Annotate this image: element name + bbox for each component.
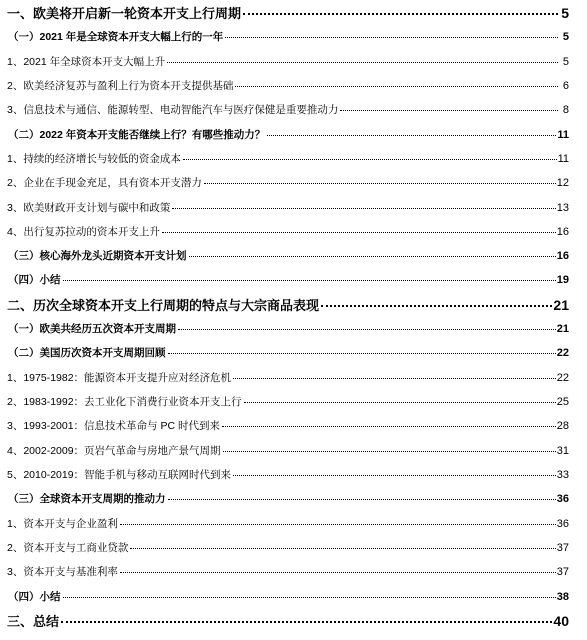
- toc-entry-chapter[interactable]: 一、欧美将开启新一轮资本开支上行周期 5: [7, 1, 569, 25]
- toc-entry-subsection[interactable]: 2、资本开支与工商业贷款 37: [7, 536, 569, 560]
- toc-entry-section[interactable]: （一）欧美共经历五次资本开支周期 21: [7, 317, 569, 341]
- toc-entry-section[interactable]: （二）2022 年资本开支能否继续上行？有哪些推动力？ 11: [7, 123, 569, 147]
- toc-entry-subsection[interactable]: 3、信息技术与通信、能源转型、电动智能汽车与医疗保健是重要推动力 8: [7, 98, 569, 122]
- toc-page-number: 11: [557, 123, 569, 147]
- toc-page-number: 16: [557, 244, 569, 268]
- toc-entry-title: （三）核心海外龙头近期资本开支计划: [8, 244, 187, 268]
- toc-entry-title: 二、历次全球资本开支上行周期的特点与大宗商品表现: [7, 294, 319, 318]
- toc-entry-title: （一）2021 年是全球资本开支大幅上行的一年: [8, 25, 223, 49]
- toc-entry-title: 2、1983-1992：去工业化下消费行业资本开支上行: [7, 390, 242, 414]
- toc-entry-subsection[interactable]: 3、欧美财政开支计划与碳中和政策 13: [7, 196, 569, 220]
- toc-entry-section[interactable]: （四）小结 38: [7, 585, 569, 609]
- toc-entry-subsection[interactable]: 2、欧美经济复苏与盈利上行为资本开支提供基础 6: [7, 74, 569, 98]
- toc-page-number: 37: [557, 536, 569, 560]
- dot-leader: [61, 611, 552, 623]
- dot-leader: [63, 270, 556, 281]
- toc-page-number: 33: [557, 463, 569, 487]
- toc-entry-title: （四）小结: [8, 268, 61, 292]
- toc-entry-title: （二）2022 年资本开支能否继续上行？有哪些推动力？: [8, 123, 265, 147]
- table-of-contents: 一、欧美将开启新一轮资本开支上行周期 5 （一）2021 年是全球资本开支大幅上…: [7, 1, 569, 633]
- toc-page-number: 19: [557, 268, 569, 292]
- toc-page-number: 36: [557, 512, 569, 536]
- toc-entry-subsection[interactable]: 4、2002-2009：页岩气革命与房地产景气周期 31: [7, 439, 569, 463]
- toc-page-number: 5: [559, 1, 569, 25]
- toc-page-number: 11: [558, 147, 569, 171]
- toc-entry-title: 4、2002-2009：页岩气革命与房地产景气周期: [7, 439, 221, 463]
- toc-page-number: 37: [557, 560, 569, 584]
- toc-page-number: 38: [557, 585, 569, 609]
- dot-leader: [130, 538, 555, 549]
- dot-leader: [233, 465, 556, 476]
- toc-entry-title: 1、持续的经济增长与较低的资金成本: [7, 147, 181, 171]
- toc-page-number: 36: [557, 487, 569, 511]
- dot-leader: [178, 319, 556, 330]
- toc-page-number: 5: [559, 50, 569, 74]
- toc-page-number: 6: [559, 74, 569, 98]
- dot-leader: [267, 125, 556, 136]
- dot-leader: [204, 173, 556, 184]
- toc-entry-title: 3、资本开支与基准利率: [7, 560, 118, 584]
- toc-entry-title: 2、资本开支与工商业贷款: [7, 536, 128, 560]
- dot-leader: [172, 198, 555, 209]
- toc-page-number: 21: [557, 317, 569, 341]
- toc-page-number: 22: [557, 341, 569, 365]
- dot-leader: [168, 343, 556, 354]
- dot-leader: [120, 514, 556, 525]
- dot-leader: [225, 27, 558, 38]
- toc-entry-chapter[interactable]: 三、总结 40: [7, 609, 569, 633]
- toc-entry-subsection[interactable]: 3、1993-2001：信息技术革命与 PC 时代到来 28: [7, 414, 569, 438]
- toc-entry-subsection[interactable]: 3、资本开支与基准利率 37: [7, 560, 569, 584]
- toc-entry-subsection[interactable]: 1、1975-1982：能源资本开支提升应对经济危机 22: [7, 366, 569, 390]
- dot-leader: [183, 149, 557, 160]
- toc-page-number: 12: [557, 171, 569, 195]
- dot-leader: [340, 100, 558, 111]
- toc-entry-title: 3、信息技术与通信、能源转型、电动智能汽车与医疗保健是重要推动力: [7, 98, 338, 122]
- dot-leader: [243, 3, 558, 15]
- toc-entry-section[interactable]: （三）全球资本开支周期的推动力 36: [7, 487, 569, 511]
- toc-page-number: 5: [559, 25, 569, 49]
- toc-entry-title: 1、1975-1982：能源资本开支提升应对经济危机: [7, 366, 231, 390]
- dot-leader: [167, 52, 558, 63]
- toc-entry-section[interactable]: （三）核心海外龙头近期资本开支计划 16: [7, 244, 569, 268]
- dot-leader: [168, 489, 556, 500]
- toc-page-number: 25: [557, 390, 569, 414]
- toc-entry-title: 2、企业在手现金充足，具有资本开支潜力: [7, 171, 202, 195]
- dot-leader: [63, 587, 556, 598]
- toc-entry-subsection[interactable]: 1、2021 年全球资本开支大幅上升 5: [7, 50, 569, 74]
- toc-entry-title: 1、2021 年全球资本开支大幅上升: [7, 50, 165, 74]
- dot-leader: [235, 76, 558, 87]
- toc-page-number: 21: [553, 293, 569, 317]
- toc-page-number: 16: [557, 220, 569, 244]
- toc-page-number: 31: [557, 439, 569, 463]
- toc-entry-subsection[interactable]: 5、2010-2019：智能手机与移动互联网时代到来 33: [7, 463, 569, 487]
- toc-entry-section[interactable]: （四）小结 19: [7, 268, 569, 292]
- toc-entry-subsection[interactable]: 2、1983-1992：去工业化下消费行业资本开支上行 25: [7, 390, 569, 414]
- toc-page-number: 8: [559, 98, 569, 122]
- toc-page-number: 28: [557, 414, 569, 438]
- toc-entry-title: （二）美国历次资本开支周期回顾: [8, 341, 166, 365]
- dot-leader: [120, 562, 556, 573]
- dot-leader: [162, 222, 556, 233]
- dot-leader: [189, 246, 556, 257]
- toc-page-number: 13: [557, 196, 569, 220]
- toc-entry-title: 3、欧美财政开支计划与碳中和政策: [7, 196, 170, 220]
- dot-leader: [233, 368, 556, 379]
- dot-leader: [222, 416, 556, 427]
- toc-entry-section[interactable]: （二）美国历次资本开支周期回顾 22: [7, 341, 569, 365]
- toc-entry-title: 1、资本开支与企业盈利: [7, 512, 118, 536]
- toc-entry-title: 5、2010-2019：智能手机与移动互联网时代到来: [7, 463, 231, 487]
- toc-entry-subsection[interactable]: 4、出行复苏拉动的资本开支上升 16: [7, 220, 569, 244]
- toc-entry-subsection[interactable]: 2、企业在手现金充足，具有资本开支潜力 12: [7, 171, 569, 195]
- toc-entry-title: 4、出行复苏拉动的资本开支上升: [7, 220, 160, 244]
- dot-leader: [223, 441, 556, 452]
- toc-entry-subsection[interactable]: 1、持续的经济增长与较低的资金成本 11: [7, 147, 569, 171]
- toc-entry-title: （一）欧美共经历五次资本开支周期: [8, 317, 176, 341]
- dot-leader: [321, 295, 552, 307]
- toc-entry-section[interactable]: （一）2021 年是全球资本开支大幅上行的一年 5: [7, 25, 569, 49]
- toc-entry-title: （三）全球资本开支周期的推动力: [8, 487, 166, 511]
- toc-entry-title: 三、总结: [7, 610, 59, 634]
- toc-entry-title: 2、欧美经济复苏与盈利上行为资本开支提供基础: [7, 74, 233, 98]
- toc-entry-title: 一、欧美将开启新一轮资本开支上行周期: [7, 2, 241, 26]
- toc-entry-title: 3、1993-2001：信息技术革命与 PC 时代到来: [7, 414, 220, 438]
- toc-page-number: 22: [557, 366, 569, 390]
- dot-leader: [244, 392, 556, 403]
- toc-entry-chapter[interactable]: 二、历次全球资本开支上行周期的特点与大宗商品表现 21: [7, 293, 569, 317]
- toc-entry-subsection[interactable]: 1、资本开支与企业盈利 36: [7, 512, 569, 536]
- toc-entry-title: （四）小结: [8, 585, 61, 609]
- toc-page-number: 40: [553, 609, 569, 633]
